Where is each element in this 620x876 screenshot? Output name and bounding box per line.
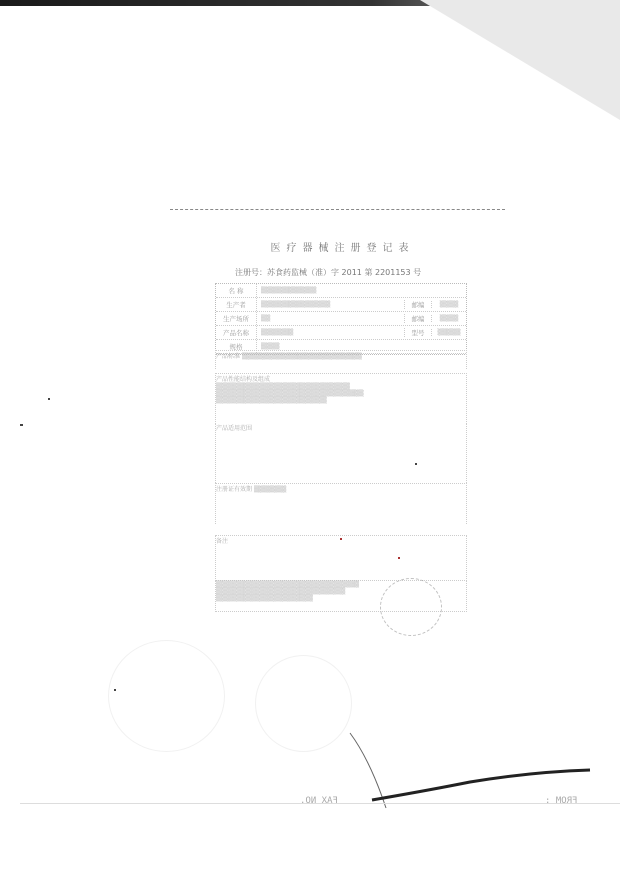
pen-stroke	[0, 0, 620, 876]
fax-number-label: FAX NO.	[300, 796, 338, 806]
fax-from-label: FROM :	[545, 796, 578, 806]
